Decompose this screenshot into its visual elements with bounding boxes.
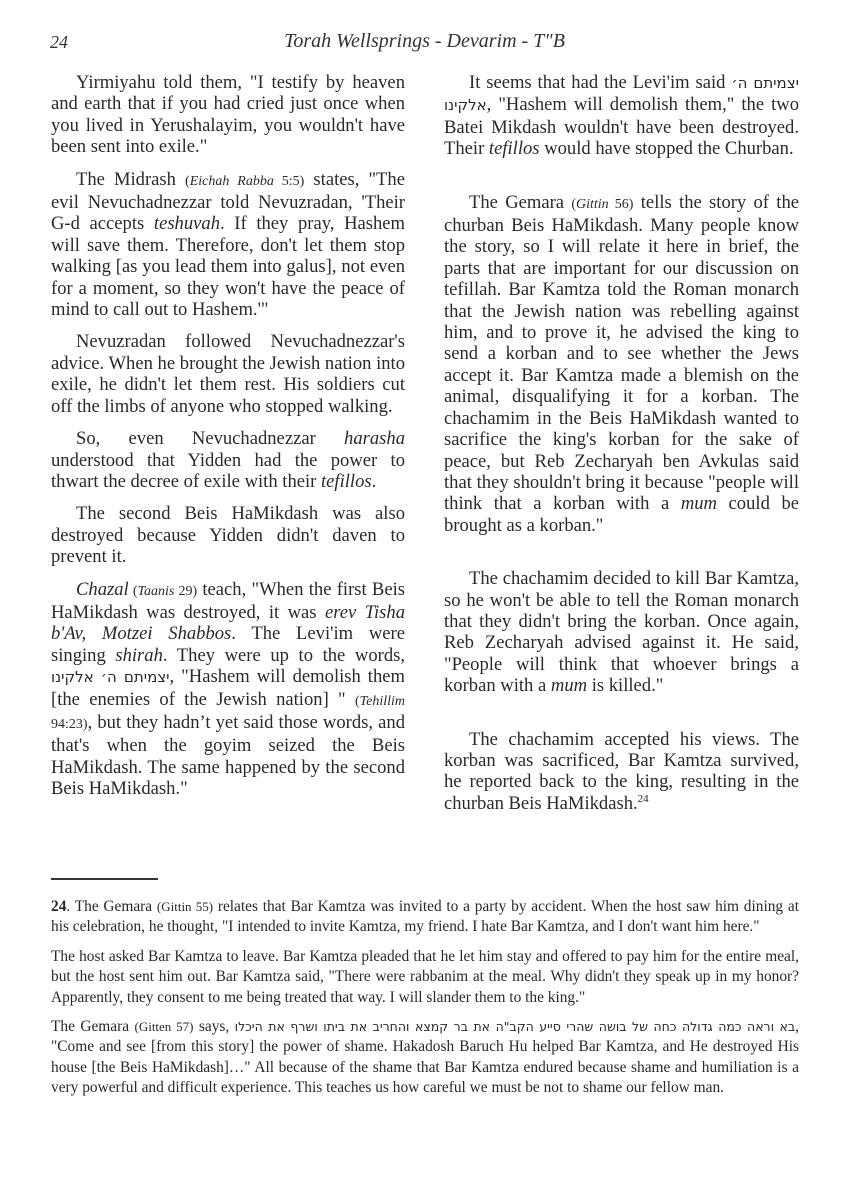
source-citation: (Gittin 56) bbox=[571, 197, 633, 212]
left-column: Yirmiyahu told them, "I testify by heave… bbox=[51, 72, 405, 811]
paragraph-chachamim-decided: The chachamim decided to kill Bar Kamtza… bbox=[444, 568, 799, 696]
paragraph-nevuzradan: Nevuzradan followed Nevuchadnezzar's adv… bbox=[51, 331, 405, 417]
page-header: 24 Torah Wellsprings - Devarim - T"B bbox=[50, 28, 799, 58]
paragraph-chachamim-accepted: The chachamim accepted his views. The ko… bbox=[444, 729, 799, 815]
source-citation: (Gitten 57) bbox=[134, 1019, 193, 1034]
right-column: It seems that had the Levi'im said יצמית… bbox=[444, 72, 799, 825]
source-citation: (Gittin 55) bbox=[157, 899, 213, 914]
footnote-divider bbox=[51, 878, 158, 880]
footnote-24-para-3: The Gemara (Gitten 57) says, בא וראה כמה… bbox=[51, 1017, 799, 1099]
footnotes-section: 24. The Gemara (Gittin 55) relates that … bbox=[51, 897, 799, 1108]
paragraph-midrash: The Midrash (Eichah Rabba 5:5) states, "… bbox=[51, 169, 405, 321]
paragraph-chazal: Chazal (Taanis 29) teach, "When the firs… bbox=[51, 579, 405, 800]
paragraph-yirmiyahu: Yirmiyahu told them, "I testify by heave… bbox=[51, 72, 405, 158]
paragraph-levim: It seems that had the Levi'im said יצמית… bbox=[444, 72, 799, 160]
footnote-24-para-1: 24. The Gemara (Gittin 55) relates that … bbox=[51, 897, 799, 938]
footnote-reference[interactable]: 24 bbox=[638, 793, 649, 805]
paragraph-gemara-gittin: The Gemara (Gittin 56) tells the story o… bbox=[444, 192, 799, 537]
footnote-number: 24 bbox=[51, 898, 66, 915]
source-citation: (Taanis 29) bbox=[129, 584, 197, 599]
footnote-24-para-2: The host asked Bar Kamtza to leave. Bar … bbox=[51, 947, 799, 1008]
paragraph-second-beis: The second Beis HaMikdash was also destr… bbox=[51, 503, 405, 567]
paragraph-harasha: So, even Nevuchadnezzar harasha understo… bbox=[51, 428, 405, 492]
source-citation: (Eichah Rabba 5:5) bbox=[185, 174, 304, 189]
running-title: Torah Wellsprings - Devarim - T"B bbox=[50, 30, 799, 53]
hebrew-quote: יצמיתם ה׳ אלקינו bbox=[51, 668, 170, 686]
hebrew-quote: בא וראה כמה גדולה כחה של בושה שהרי סייע … bbox=[235, 1019, 795, 1034]
